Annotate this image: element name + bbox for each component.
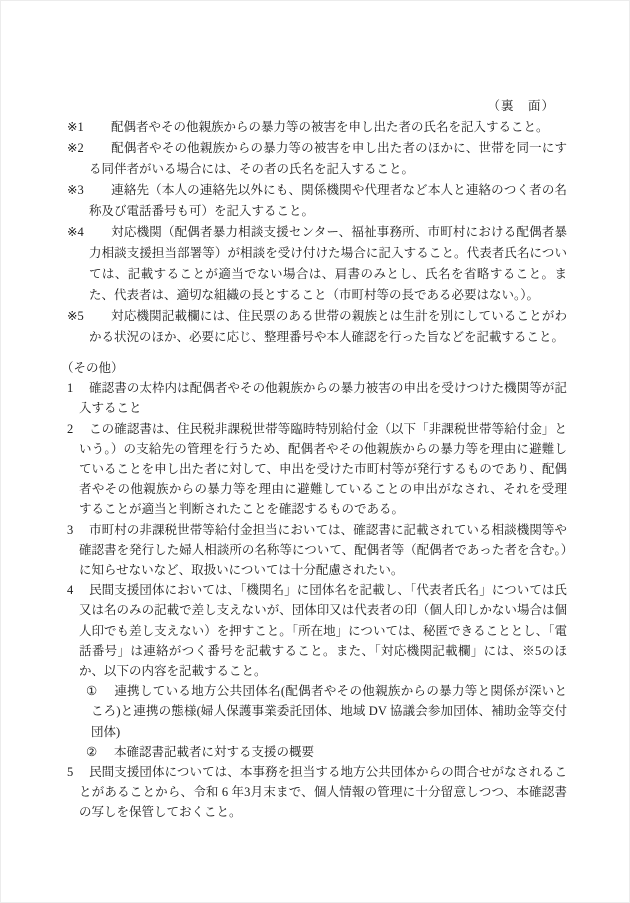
note-item: ※4対応機関（配偶者暴力相談支援センター、福祉事務所、市町村における配偶者暴力相… [67, 222, 567, 306]
sub-item-text: 本確認書記載者に対する支援の概要 [114, 745, 314, 759]
note-text: 配偶者やその他親族からの暴力等の被害を申し出た者のほかに、世帯を同一にする同伴者… [89, 141, 567, 176]
sub-item-text: 連携している地方公共団体名(配偶者やその他親族からの暴力等と関係が深いところ)と… [91, 684, 567, 738]
item-label: 1 [67, 378, 89, 398]
note-item: ※2配偶者やその他親族からの暴力等の被害を申し出た者のほかに、世帯を同一にする同… [67, 138, 567, 180]
other-item: 5民間支援団体については、本事務を担当する地方公共団体からの問合せがなされること… [67, 762, 567, 823]
note-item: ※3連絡先（本人の連絡先以外にも、関係機関や代理者など本人と連絡のつく者の名称及… [67, 180, 567, 222]
sub-item: ②本確認書記載者に対する支援の概要 [91, 742, 567, 762]
document-page: （裏 面） ※1配偶者やその他親族からの暴力等の被害を申し出た者の氏名を記入する… [0, 0, 630, 903]
note-text: 配偶者やその他親族からの暴力等の被害を申し出た者の氏名を記入すること。 [111, 120, 549, 134]
item-text: 民間支援団体については、本事務を担当する地方公共団体からの問合せがなされることが… [79, 765, 567, 819]
item-label: 3 [67, 520, 89, 540]
note-label: ※5 [67, 306, 111, 327]
note-label: ※1 [67, 117, 111, 138]
others-heading: （その他） [61, 358, 567, 378]
note-label: ※3 [67, 180, 111, 201]
note-text: 対応機関記載欄には、住民票のある世帯の親族とは生計を別にしていることがわかる状況… [89, 309, 567, 344]
note-text: 対応機関（配偶者暴力相談支援センター、福祉事務所、市町村における配偶者暴力相談支… [89, 225, 567, 302]
item-label: 5 [67, 762, 89, 782]
sub-item-label: ② [86, 742, 114, 762]
other-item: 3市町村の非課税世帯等給付金担当においては、確認書に記載されている相談機関等や確… [67, 520, 567, 581]
note-label: ※4 [67, 222, 111, 243]
note-label: ※2 [67, 138, 111, 159]
others-section: （その他） 1確認書の太枠内は配偶者やその他親族からの暴力被害の申出を受けつけた… [67, 358, 567, 823]
item-text: 民間支援団体においては、「機関名」に団体名を記載し、「代表者氏名」については氏又… [79, 583, 567, 678]
page-side-label: （裏 面） [67, 96, 555, 117]
item-label: 2 [67, 419, 89, 439]
item-label: 4 [67, 580, 89, 600]
item-text: 市町村の非課税世帯等給付金担当においては、確認書に記載されている相談機関等や確認… [79, 523, 567, 577]
item-text: この確認書は、住民税非課税世帯等臨時特別給付金（以下「非課税世帯等給付金」という… [79, 422, 567, 517]
sub-item: ①連携している地方公共団体名(配偶者やその他親族からの暴力等と関係が深いところ)… [91, 681, 567, 742]
other-item: 1確認書の太枠内は配偶者やその他親族からの暴力被害の申出を受けつけた機関等が記入… [67, 378, 567, 418]
note-text: 連絡先（本人の連絡先以外にも、関係機関や代理者など本人と連絡のつく者の名称及び電… [89, 183, 567, 218]
other-item: 4民間支援団体においては、「機関名」に団体名を記載し、「代表者氏名」については氏… [67, 580, 567, 681]
notes-section: ※1配偶者やその他親族からの暴力等の被害を申し出た者の氏名を記入すること。 ※2… [67, 117, 567, 348]
sub-item-label: ① [86, 681, 114, 701]
note-item: ※5対応機関記載欄には、住民票のある世帯の親族とは生計を別にしていることがわかる… [67, 306, 567, 348]
other-item: 2この確認書は、住民税非課税世帯等臨時特別給付金（以下「非課税世帯等給付金」とい… [67, 419, 567, 520]
item-text: 確認書の太枠内は配偶者やその他親族からの暴力被害の申出を受けつけた機関等が記入す… [79, 381, 567, 415]
note-item: ※1配偶者やその他親族からの暴力等の被害を申し出た者の氏名を記入すること。 [67, 117, 567, 138]
